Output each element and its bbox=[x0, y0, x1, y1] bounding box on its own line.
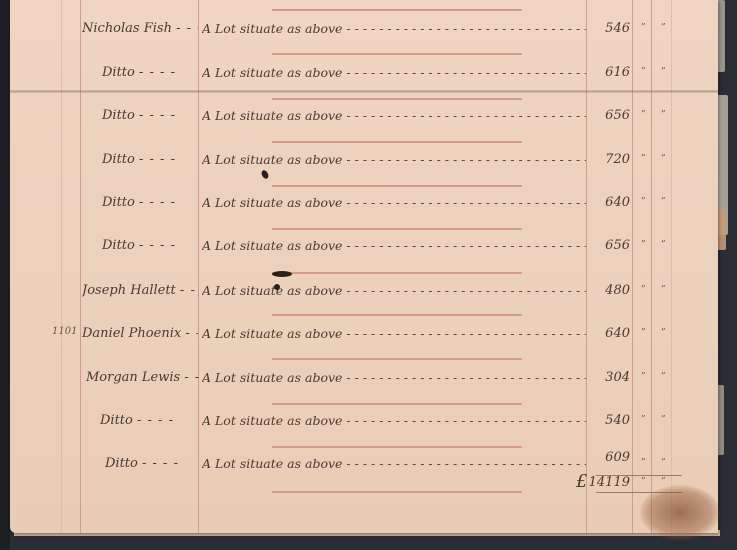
pence-ditto: ” bbox=[661, 110, 666, 120]
owner-name: Ditto - - - - bbox=[102, 152, 218, 167]
total-shillings: ” bbox=[641, 477, 646, 487]
row-rule bbox=[272, 53, 522, 55]
amount: 480 bbox=[590, 283, 630, 298]
shillings-ditto: ” bbox=[641, 458, 646, 468]
row-rule bbox=[272, 314, 522, 316]
total-amount: 14119 bbox=[582, 475, 630, 490]
shillings-ditto: ” bbox=[641, 67, 646, 77]
owner-name: Ditto - - - - bbox=[100, 413, 216, 428]
margin-note: 1101 bbox=[52, 326, 77, 337]
lot-description: A Lot situate as above - - - - - - - - -… bbox=[202, 238, 586, 253]
lot-description: A Lot situate as above - - - - - - - - -… bbox=[202, 65, 586, 80]
row-rule bbox=[272, 98, 522, 100]
lot-description: A Lot situate as above - - - - - - - - -… bbox=[202, 370, 586, 385]
ledger-row: Ditto - - - - A Lot situate as above - -… bbox=[10, 152, 718, 174]
ledger-row: Nicholas Fish - - - - A Lot situate as a… bbox=[10, 21, 718, 43]
row-rule bbox=[272, 141, 522, 143]
lot-description: A Lot situate as above - - - - - - - - -… bbox=[202, 108, 586, 123]
amount: 304 bbox=[590, 370, 630, 385]
lot-description: A Lot situate as above - - - - - - - - -… bbox=[202, 152, 586, 167]
owner-name: Ditto - - - - bbox=[102, 195, 218, 210]
ledger-row: Ditto - - - - A Lot situate as above - -… bbox=[10, 195, 718, 217]
ledger-row: Ditto - - - - A Lot situate as above - -… bbox=[10, 413, 718, 435]
shillings-ditto: ” bbox=[641, 328, 646, 338]
lot-description: A Lot situate as above - - - - - - - - -… bbox=[202, 195, 586, 210]
shillings-ditto: ” bbox=[641, 285, 646, 295]
ink-blot bbox=[274, 284, 280, 290]
row-rule bbox=[272, 358, 522, 360]
book-binding bbox=[0, 0, 10, 550]
lot-description: A Lot situate as above - - - - - - - - -… bbox=[202, 283, 586, 298]
row-rule bbox=[272, 228, 522, 230]
total-row: £ 14119 ” ” bbox=[10, 475, 718, 493]
lot-description: A Lot situate as above - - - - - - - - -… bbox=[202, 413, 586, 428]
amount: 640 bbox=[590, 326, 630, 341]
ledger-row: Morgan Lewis - - - - A Lot situate as ab… bbox=[10, 370, 718, 392]
shillings-ditto: ” bbox=[641, 23, 646, 33]
owner-name: Ditto - - - - bbox=[102, 238, 218, 253]
shillings-ditto: ” bbox=[641, 197, 646, 207]
ledger-page: Nicholas Fish - - - - A Lot situate as a… bbox=[10, 0, 718, 533]
ledger-row: 1101 Daniel Phoenix - - - - A Lot situat… bbox=[10, 326, 718, 348]
lot-description: A Lot situate as above - - - - - - - - -… bbox=[202, 326, 586, 341]
owner-name: Daniel Phoenix - - - - bbox=[82, 326, 198, 341]
pence-ditto: ” bbox=[661, 154, 666, 164]
row-rule bbox=[272, 446, 522, 448]
lot-description: A Lot situate as above - - - - - - - - -… bbox=[202, 21, 586, 36]
ledger-row: Joseph Hallett - - - - A Lot situate as … bbox=[10, 283, 718, 305]
owner-name: Joseph Hallett - - - - bbox=[82, 283, 198, 298]
amount: 609 bbox=[590, 450, 630, 465]
amount: 656 bbox=[590, 238, 630, 253]
shillings-ditto: ” bbox=[641, 415, 646, 425]
amount: 656 bbox=[590, 108, 630, 123]
owner-name: Ditto - - - - bbox=[102, 108, 218, 123]
owner-name: Nicholas Fish - - - - bbox=[82, 21, 198, 36]
amount: 546 bbox=[590, 21, 630, 36]
row-rule bbox=[272, 185, 522, 187]
pence-ditto: ” bbox=[661, 67, 666, 77]
ledger-row: Ditto - - - - A Lot situate as above - -… bbox=[10, 238, 718, 260]
lot-description: A Lot situate as above - - - - - - - - -… bbox=[202, 456, 586, 471]
amount: 540 bbox=[590, 413, 630, 428]
pence-ditto: ” bbox=[661, 372, 666, 382]
pence-ditto: ” bbox=[661, 197, 666, 207]
owner-name: Ditto - - - - bbox=[102, 65, 218, 80]
amount: 720 bbox=[590, 152, 630, 167]
amount: 616 bbox=[590, 65, 630, 80]
shillings-ditto: ” bbox=[641, 110, 646, 120]
ledger-row: Ditto - - - - A Lot situate as above - -… bbox=[10, 65, 718, 87]
pence-ditto: ” bbox=[661, 328, 666, 338]
pence-ditto: ” bbox=[661, 415, 666, 425]
owner-name: Morgan Lewis - - - - bbox=[86, 370, 202, 385]
row-rule bbox=[272, 9, 522, 11]
row-rule bbox=[272, 403, 522, 405]
pence-ditto: ” bbox=[661, 23, 666, 33]
row-rule bbox=[272, 272, 522, 274]
shillings-ditto: ” bbox=[641, 240, 646, 250]
pence-ditto: ” bbox=[661, 458, 666, 468]
pence-ditto: ” bbox=[661, 240, 666, 250]
amount: 640 bbox=[590, 195, 630, 210]
ink-blot bbox=[272, 271, 292, 277]
total-pence: ” bbox=[661, 477, 666, 487]
ledger-row: Ditto - - - - A Lot situate as above - -… bbox=[10, 108, 718, 130]
page-fold-crease bbox=[10, 90, 718, 93]
shillings-ditto: ” bbox=[641, 372, 646, 382]
water-stain bbox=[640, 485, 720, 540]
shillings-ditto: ” bbox=[641, 154, 646, 164]
pence-ditto: ” bbox=[661, 285, 666, 295]
